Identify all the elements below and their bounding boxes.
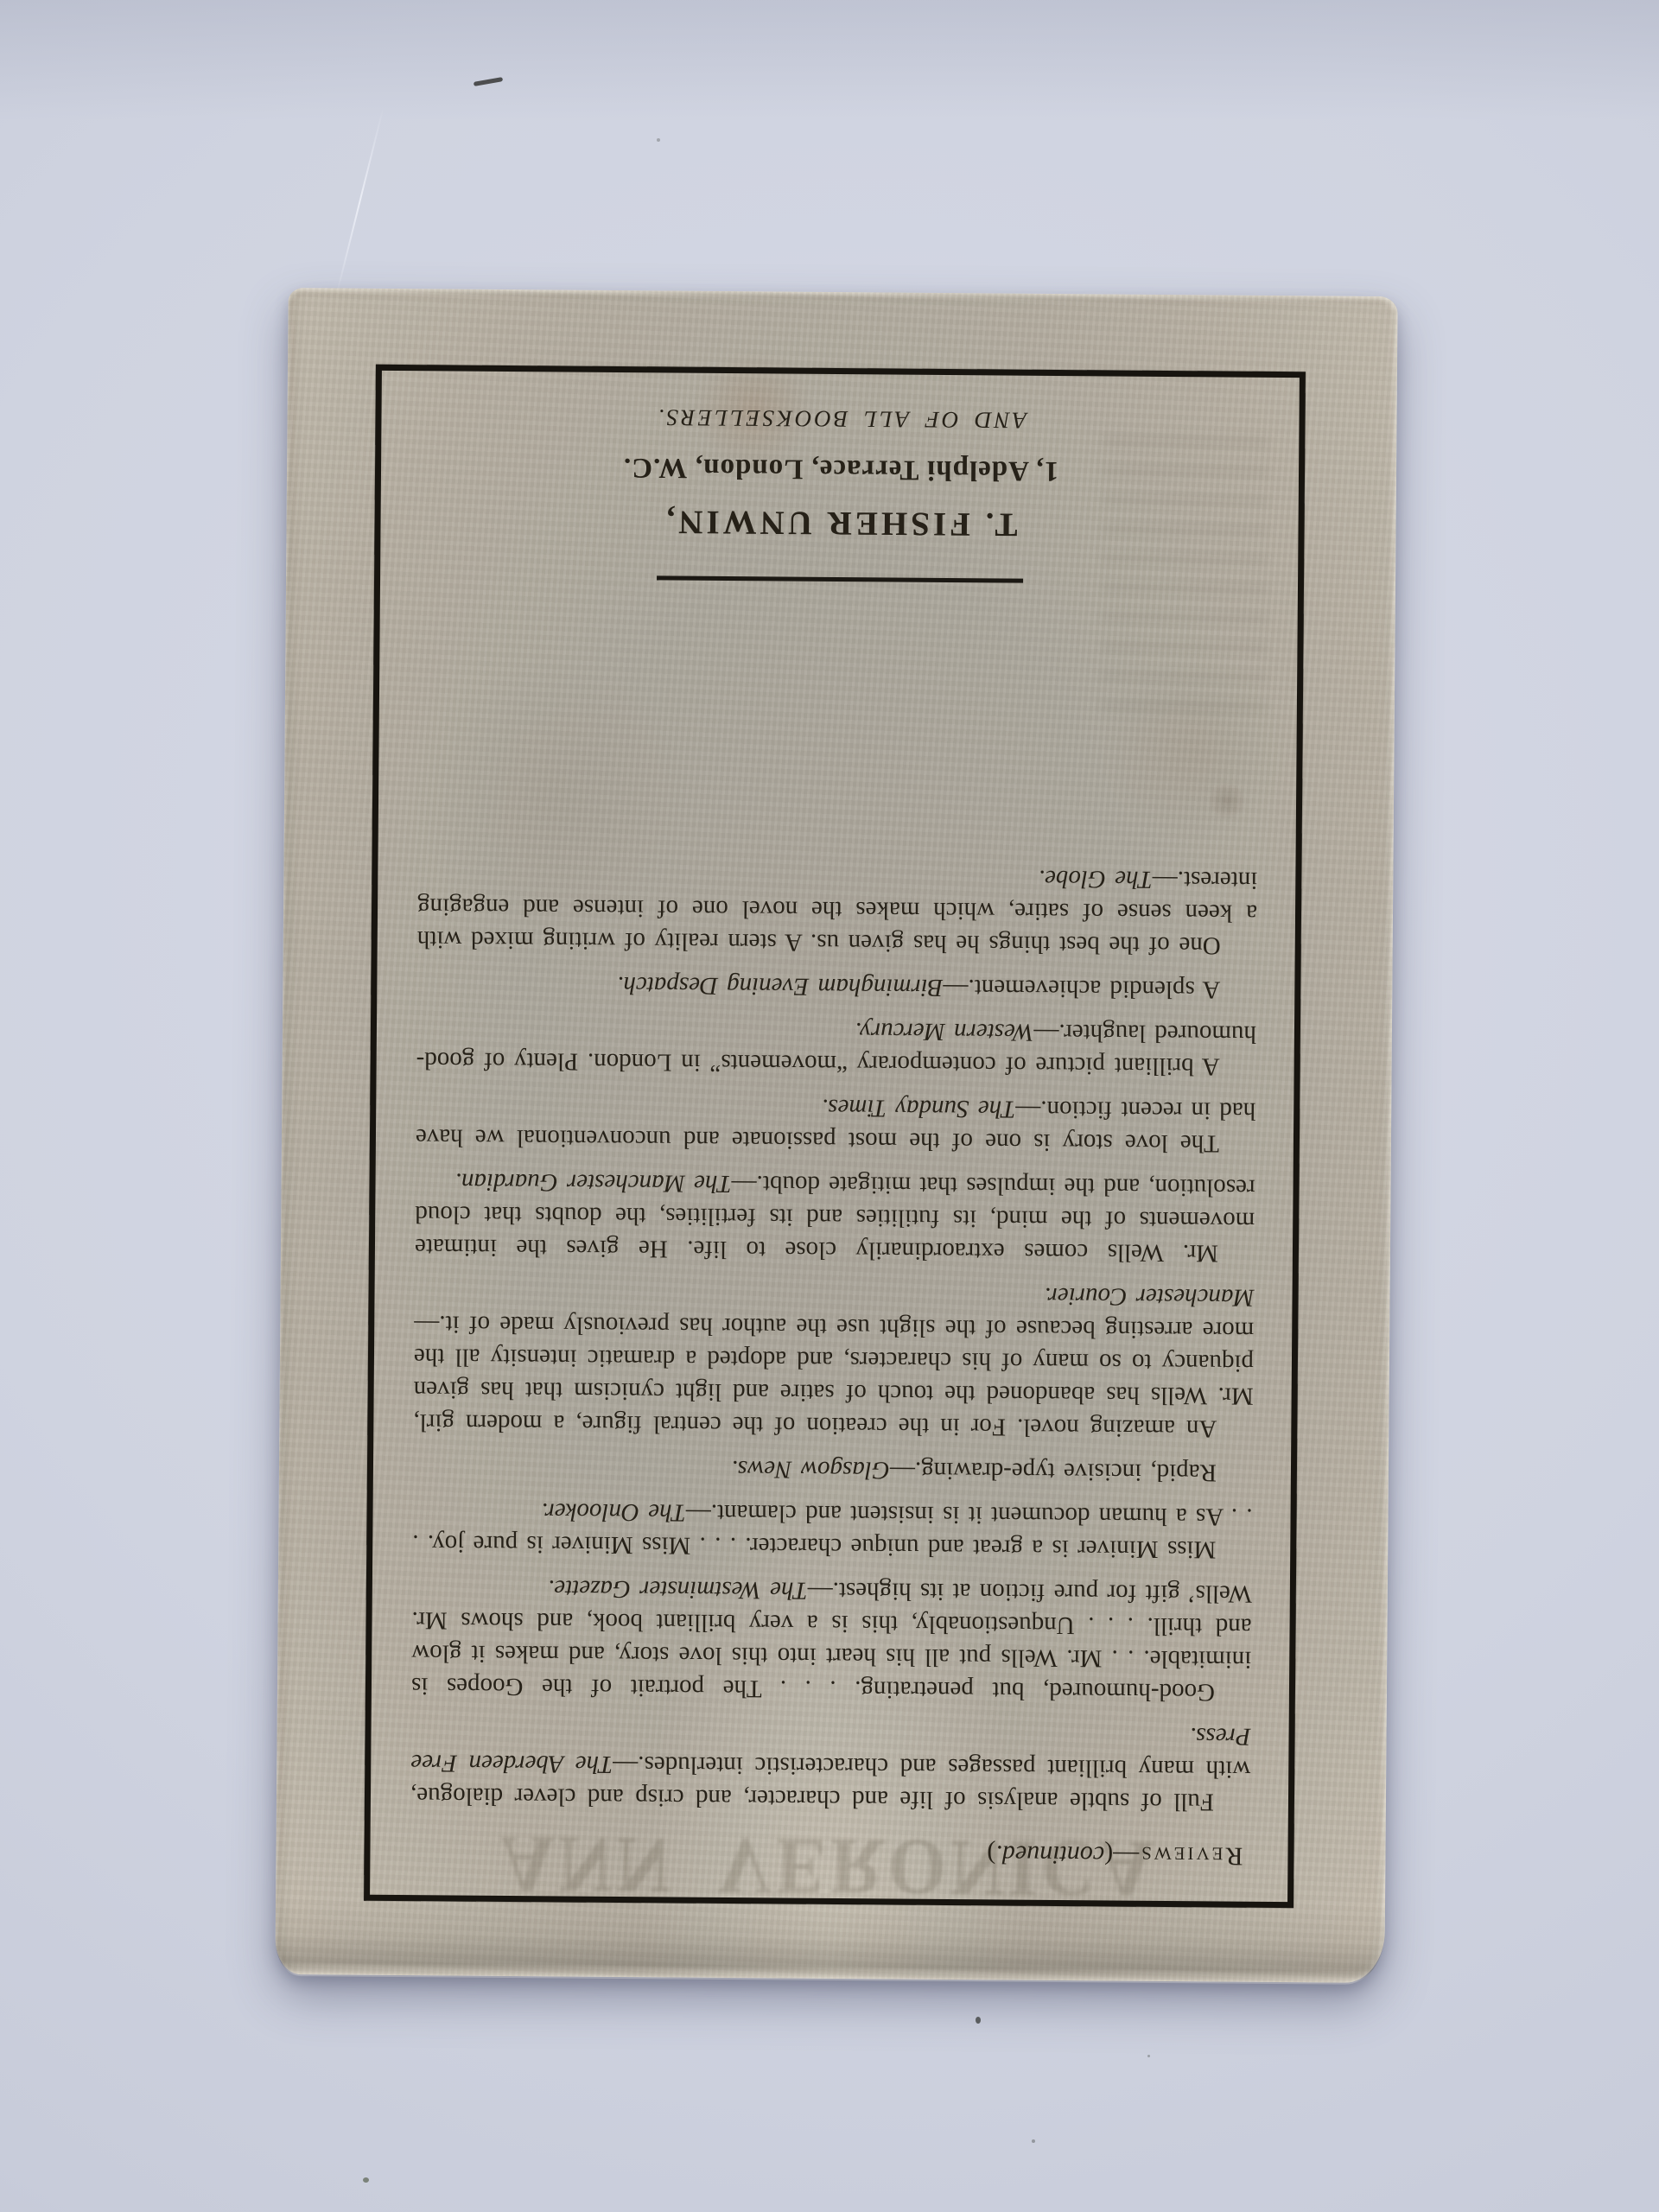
review-manchester-courier: An amazing novel. For in the creation of…	[413, 1274, 1254, 1446]
publisher-address: 1, Adelphi Terrace, London, W.C.	[421, 449, 1261, 488]
review-source: Western Mercury.	[855, 1017, 1033, 1046]
review-aberdeen-free-press: Full of subtle analysis of life and char…	[410, 1713, 1251, 1819]
page-border-frame: ANN VERONICA Reviews—(continued.) Full o…	[364, 365, 1306, 1908]
review-text: Miss Miniver is a great and unique chara…	[412, 1499, 1253, 1564]
reviews-header-continued: continued.	[995, 1840, 1104, 1869]
review-source: Glasgow News.	[731, 1455, 890, 1484]
spacer	[418, 601, 1260, 853]
dust-speck	[976, 2017, 981, 2024]
review-text: A splendid achievement.—	[943, 974, 1220, 1004]
reviews-header: Reviews—(continued.)	[410, 1834, 1243, 1871]
review-onlooker: Miss Miniver is a great and unique chara…	[412, 1494, 1253, 1567]
dust-speck	[1147, 2055, 1150, 2057]
review-source: The Manchester Guardian.	[455, 1168, 732, 1198]
review-source: The Onlooker.	[541, 1497, 686, 1526]
review-text: An amazing novel. For in the creation of…	[413, 1310, 1254, 1442]
review-text: Good-humoured, but penetrating. . . . Th…	[411, 1577, 1252, 1707]
review-western-mercury: A brilliant picture of contemporary “mov…	[416, 1011, 1257, 1084]
page-curl-shadow	[275, 1898, 1385, 1985]
review-manchester-guardian: Mr. Wells comes extraordinarily close to…	[415, 1165, 1255, 1270]
dust-speck	[1032, 2139, 1035, 2143]
reviews-header-close: )	[987, 1840, 995, 1868]
publisher-name: T. FISHER UNWIN,	[420, 500, 1260, 546]
dust-speck	[657, 138, 660, 142]
reviews-header-dash: —(	[1104, 1840, 1139, 1869]
review-westminster-gazette: Good-humoured, but penetrating. . . . Th…	[411, 1571, 1252, 1709]
review-source: The Globe.	[1039, 865, 1153, 893]
reviews-header-label: Reviews	[1139, 1841, 1243, 1871]
review-source: The Westminster Gazette.	[548, 1574, 808, 1604]
publisher-block: T. FISHER UNWIN, 1, Adelphi Terrace, Lon…	[420, 397, 1262, 607]
dust-fiber	[334, 106, 385, 300]
photo-scene: ANN VERONICA Reviews—(continued.) Full o…	[0, 0, 1659, 2212]
divider-rule	[657, 575, 1023, 582]
review-glasgow-news: Rapid, incisive type-drawing.—Glasgow Ne…	[413, 1450, 1253, 1490]
dust-speck	[363, 2177, 369, 2183]
review-globe: One of the best things he has given us. …	[417, 857, 1258, 963]
page-content-upside-down: ANN VERONICA Reviews—(continued.) Full o…	[370, 371, 1300, 1902]
review-source: Manchester Courier.	[1044, 1282, 1254, 1312]
review-text: Rapid, incisive type-drawing.—	[890, 1456, 1217, 1486]
review-source: The Sunday Times.	[822, 1094, 1016, 1123]
book-page: ANN VERONICA Reviews—(continued.) Full o…	[275, 288, 1397, 1983]
review-sunday-times: The love story is one of the most passio…	[416, 1088, 1256, 1160]
bookseller-line: AND OF ALL BOOKSELLERS.	[421, 402, 1261, 435]
review-text: A brilliant picture of contemporary “mov…	[416, 1019, 1257, 1081]
review-source: Birmingham Evening Despatch.	[617, 971, 944, 1001]
review-birmingham-despatch: A splendid achievement.—Birmingham Eveni…	[416, 967, 1256, 1007]
dust-dash	[474, 77, 503, 86]
